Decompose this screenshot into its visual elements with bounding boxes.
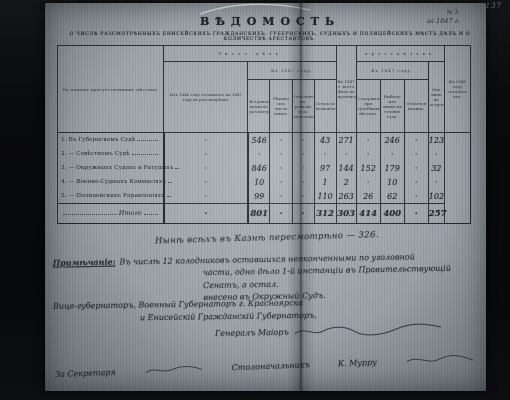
col-remained-header: Изъ 1846 года оставалось къ 1847 году въ… (164, 62, 248, 133)
value-cell: · (292, 147, 314, 161)
sub-col-header-cases-1: Вступило вновь къ разсмотрѣнію. (248, 80, 270, 133)
value-cell: · (248, 147, 270, 161)
row-label: 1.Въ Губернскомъ Судѣ (58, 133, 164, 148)
value-cell: · (336, 147, 356, 161)
value-cell: · (270, 147, 292, 161)
value-cell: 303 (336, 204, 356, 224)
clerk-role-mid: Столоначальникъ (232, 360, 310, 372)
leader-dots (132, 154, 158, 155)
value-cell: · (164, 204, 248, 224)
value-cell: 110 (314, 189, 336, 204)
total-label-text: Итого (119, 210, 142, 217)
value-cell: · (270, 204, 292, 224)
signature-line: Генералъ Маіоръ (215, 322, 443, 340)
document-title: ВѢДОМОСТЬ (45, 15, 495, 28)
value-cell: 43 (314, 133, 336, 148)
value-cell: · (292, 133, 314, 148)
col-midnarrow-header: Изъ нихъ въ острогѣ. (428, 62, 444, 133)
value-cell: 32 (428, 161, 444, 175)
group-year-prisoners-header: Въ 1847 году. (356, 62, 428, 80)
group-year-cases-header: Въ 1847 году. (248, 62, 336, 80)
row-number: 5. (61, 193, 67, 199)
total-label: Итого (58, 204, 164, 224)
value-cell: · (270, 175, 292, 189)
value-cell: 152 (356, 161, 380, 175)
sub-col-header-prisoners-3: Остается налицо. (404, 80, 428, 133)
value-cell: 102 (428, 189, 444, 204)
col-next-year-header: Къ 1848 году осталось чел. (444, 46, 470, 133)
signature-flourish (293, 322, 443, 339)
value-cell: · (270, 161, 292, 175)
folio-number: 137 (486, 2, 502, 10)
value-cell: 99 (248, 189, 270, 204)
leader-dots (137, 140, 157, 141)
value-cell: 271 (336, 133, 356, 148)
value-cell: 123 (428, 133, 444, 148)
value-cell: 246 (380, 133, 404, 148)
clerk-line: За Секретаря Столоначальникъ К. Мурру (55, 352, 475, 380)
total-row: Итого·801··312303414400·257 (58, 204, 471, 224)
value-cell: · (404, 133, 428, 148)
value-cell: 10 (380, 175, 404, 189)
sub-col-header-prisoners-1: Содержалось при судебныхъ мѣстахъ. (356, 80, 380, 133)
row-label: 2.— Совѣстномъ Судѣ (58, 147, 164, 161)
table-head: По какимъ присутственнымъ мѣстамъ. Число… (58, 46, 471, 133)
document-page: № 3. за 1847 г. ВѢДОМОСТЬ о числѣ разсмо… (45, 3, 486, 391)
sub-col-header-cases-2: Рѣшено изъ числа оныхъ. (270, 80, 292, 133)
clerk-flourish (405, 352, 475, 367)
value-cell: 2 (336, 175, 356, 189)
value-cell: · (404, 161, 428, 175)
table-row: 1.Въ Губернскомъ Судѣ·546··43271·246·123 (58, 133, 471, 148)
value-cell: 312 (314, 204, 336, 224)
row-label-text: — Совѣстномъ Судѣ (69, 151, 130, 157)
value-cell: · (380, 147, 404, 161)
value-cell: · (164, 175, 248, 189)
value-cell: 414 (356, 204, 380, 224)
value-cell: · (164, 147, 248, 161)
row-label-text: — Военно-Судныхъ Коммисіяхъ (69, 179, 166, 185)
value-cell: 846 (248, 161, 270, 175)
leader-dots (175, 168, 179, 169)
band-prisoners-header: арестантовъ (356, 46, 444, 62)
row-label-text: — Полицейскихъ Управленіяхъ (69, 193, 165, 199)
statistics-table: По какимъ присутственнымъ мѣстамъ. Число… (57, 45, 471, 224)
row-number: 2. (61, 151, 67, 157)
row-label: 5.— Полицейскихъ Управленіяхъ (58, 189, 164, 204)
value-cell: · (270, 189, 292, 204)
row-number: 3. (61, 165, 67, 171)
value-cell: 546 (248, 133, 270, 148)
value-cell: 1 (314, 175, 336, 189)
value-cell: · (292, 175, 314, 189)
value-cell: · (356, 147, 380, 161)
note-label: Примѣчаніе: (53, 257, 116, 268)
value-cell: 257 (428, 204, 444, 224)
sub-col-header-cases-4: Осталось неоконченными. (314, 80, 336, 133)
value-cell: 801 (248, 204, 270, 224)
value-cell: 62 (380, 189, 404, 204)
value-cell: 10 (248, 175, 270, 189)
signature-line: и Енисейскій Гражданскій Губернаторъ, (140, 311, 317, 322)
value-cell: · (292, 161, 314, 175)
sub-col-header-cases-3: Отослано на ревизію и по апелляціи. (292, 80, 314, 133)
table-row: 5.— Полицейскихъ Управленіяхъ·99··110263… (58, 189, 471, 204)
value-cell: · (314, 147, 336, 161)
photo-background: 137 № 3. за 1847 г. ВѢДОМОСТЬ о числѣ ра… (0, 0, 510, 400)
value-cell: · (356, 133, 380, 148)
value-cell: 179 (380, 161, 404, 175)
value-cell: 400 (380, 204, 404, 224)
value-cell: · (164, 189, 248, 204)
leader-dots (168, 182, 172, 183)
value-cell: · (404, 175, 428, 189)
handwritten-summary-line: Нынѣ всѣхъ въ Казнѣ пересмотрѣно — 326. (155, 228, 465, 247)
clerk-role-left: За Секретаря (55, 367, 116, 378)
clerk-name: К. Мурру (338, 357, 377, 367)
value-cell: 144 (336, 161, 356, 175)
table-row: 4.— Военно-Судныхъ Коммисіяхъ·10··12·10·… (58, 175, 471, 189)
band-cases-header: Число дѣлъ (164, 46, 336, 62)
value-cell: · (270, 133, 292, 148)
row-number: 1. (61, 137, 67, 143)
sub-col-header-prisoners-2: Выбыло изъ оныхъ въ теченіе года. (380, 80, 404, 133)
value-cell: · (404, 147, 428, 161)
value-cell: · (164, 133, 248, 148)
value-cell: · (428, 147, 444, 161)
table-body: 1.Въ Губернскомъ Судѣ·546··43271·246·123… (58, 133, 471, 224)
col-total-header: Въ 1847 г. всего было въ производствѣ. (336, 46, 356, 133)
value-cell: 26 (356, 189, 380, 204)
leader-dots (167, 196, 171, 197)
value-cell: · (404, 204, 428, 224)
clerk-flourish (143, 362, 203, 376)
row-label-text: — Окружныхъ Судахъ и Ратушахъ (69, 165, 174, 171)
value-cell: · (292, 204, 314, 224)
row-label: 4.— Военно-Судныхъ Коммисіяхъ (58, 175, 164, 189)
table-row: 3.— Окружныхъ Судахъ и Ратушахъ·846··971… (58, 161, 471, 175)
row-label-text: Въ Губернскомъ Судѣ (69, 137, 136, 143)
label-column-header: По какимъ присутственнымъ мѣстамъ. (58, 46, 164, 133)
value-cell: · (292, 189, 314, 204)
signature-rank: Генералъ Маіоръ (215, 327, 289, 337)
value-cell: 263 (336, 189, 356, 204)
leader-dots (144, 214, 158, 215)
row-number: 4. (61, 179, 67, 185)
leader-dots (63, 214, 117, 215)
value-cell: 97 (314, 161, 336, 175)
value-cell: · (356, 175, 380, 189)
row-label: 3.— Окружныхъ Судахъ и Ратушахъ (58, 161, 164, 175)
value-cell: · (428, 175, 444, 189)
table-row: 2.— Совѣстномъ Судѣ·········· (58, 147, 471, 161)
value-cell: · (404, 189, 428, 204)
document-subtitle: о числѣ разсмотрѣнныхъ Енисейскихъ гражд… (65, 32, 475, 42)
